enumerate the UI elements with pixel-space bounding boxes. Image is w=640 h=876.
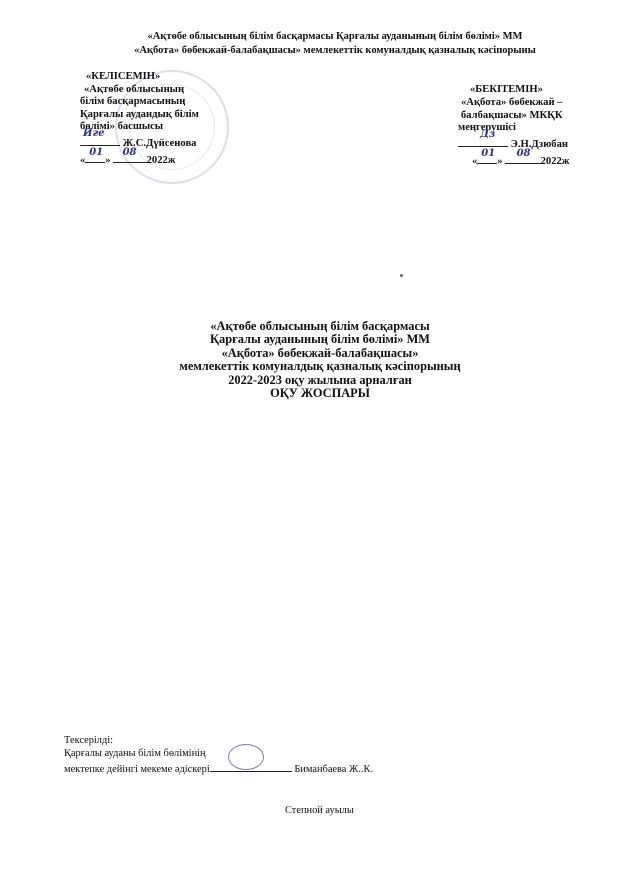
header-line-2: «Ақбота» бөбекжай-балабақшасы» мемлекетт… [90,44,580,58]
agreed-line: бөлімі» басшысы [80,121,260,134]
agreed-line: Қарғалы аудандық білім [80,109,260,122]
agreed-line: «Ақтөбе облысының [80,84,260,97]
agreed-heading: «КЕЛІСЕМІН» [80,71,260,84]
signature-underline: Дз [458,135,508,147]
agreed-line: білім басқармасының [80,96,260,109]
approved-signature: Дз [480,129,495,142]
approved-date: «01»082022ж [458,152,608,169]
title-line: «Ақтөбе облысының білім басқармасы [120,320,520,333]
date-day-field: 01 [85,151,105,163]
checked-position: мектепке дейінгі мекеме әдіскері [64,764,210,775]
date-day: 01 [89,147,103,160]
header-line-1: «Ақтөбе облысының білім басқармасы Қарға… [90,30,580,44]
agreed-block: «КЕЛІСЕМІН» «Ақтөбе облысының білім басқ… [80,71,260,167]
document-title: «Ақтөбе облысының білім басқармасы Қарға… [120,320,520,400]
approved-line: балбақшасы» МКҚК [458,110,608,123]
title-line: 2022-2023 оқу жылына арналған [120,374,520,387]
scan-speck [400,274,403,277]
checked-signer: Биманбаева Ж..К. [294,764,373,775]
date-year: 2022ж [147,155,176,166]
title-line: мемлекеттік комуналдық қазналық кәсіпоры… [120,360,520,373]
approved-block: «БЕКІТЕМІН» «Ақбота» бөбекжай – балбақша… [458,84,608,169]
quote-close: » [105,155,110,166]
checked-block: Тексерілді: Қарғалы ауданы білім бөлімін… [64,734,373,776]
agreed-signature-line: Иге Ж.С.Дүйсенова [80,134,260,151]
date-month-field: 08 [505,152,541,164]
checked-signature [228,744,264,770]
checked-label: Тексерілді: [64,734,373,747]
date-month: 08 [517,148,531,161]
signature-underline: Иге [80,134,120,146]
date-month: 08 [123,147,137,160]
document-header: «Ақтөбе облысының білім басқармасы Қарға… [90,30,580,58]
date-month-field: 08 [113,151,147,163]
title-line: Қарғалы ауданының білім бөлімі» ММ [120,333,520,346]
checked-line-2: мектепке дейінгі мекеме әдіскері Биманба… [64,760,373,776]
date-day-field: 01 [477,152,497,164]
title-main: ОҚУ ЖОСПАРЫ [120,387,520,400]
date-day: 01 [481,148,495,161]
date-year: 2022ж [541,156,570,167]
document-page: «Ақтөбе облысының білім басқармасы Қарға… [0,0,640,876]
place-name: Степной ауылы [285,805,354,816]
approved-heading: «БЕКІТЕМІН» [458,84,608,97]
signature-underline [210,760,292,772]
quote-close: » [497,156,502,167]
title-line: «Ақбота» бөбекжай-балабақшасы» [120,347,520,360]
agreed-date: «01»082022ж [80,151,260,168]
agreed-signature: Иге [83,128,104,141]
approved-line: «Ақбота» бөбекжай – [458,97,608,110]
checked-line-1: Қарғалы ауданы білім бөлімінің [64,747,373,760]
